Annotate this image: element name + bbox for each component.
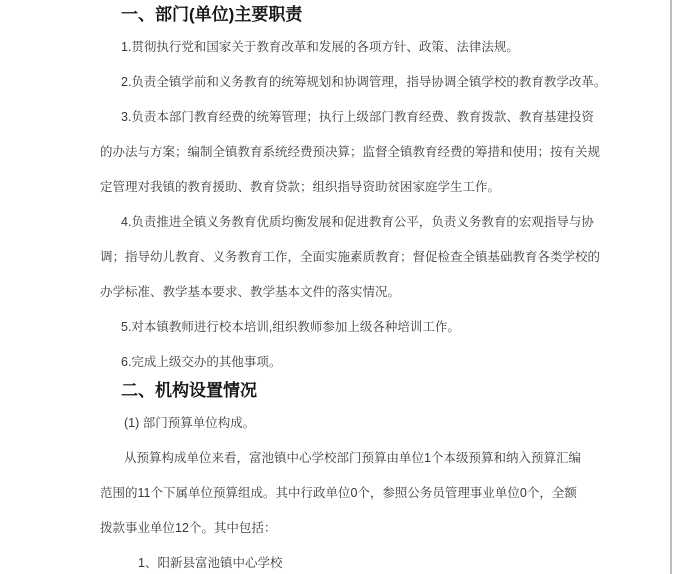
document-page: 一、部门(单位)主要职责 1.贯彻执行党和国家关于教育改革和发展的各项方针、政策… [0, 0, 676, 574]
document-body: 一、部门(单位)主要职责 1.贯彻执行党和国家关于教育改革和发展的各项方针、政策… [100, 0, 580, 574]
duty-item-4-line-3: 办学标准、教学基本要求、教学基本文件的落实情况。 [100, 275, 580, 310]
section-heading-structure: 二、机构设置情况 [100, 380, 580, 406]
duty-item-6: 6.完成上级交办的其他事项。 [100, 345, 580, 380]
duty-item-4-line-2: 调；指导幼儿教育、义务教育工作，全面实施素质教育；督促检查全镇基础教育各类学校的 [100, 240, 580, 275]
section-heading-duties: 一、部门(单位)主要职责 [100, 0, 580, 30]
duty-item-3-line-1: 3.负责本部门教育经费的统筹管理；执行上级部门教育经费、教育拨款、教育基建投资 [100, 100, 580, 135]
duty-item-5: 5.对本镇教师进行校本培训,组织教师参加上级各种培训工作。 [100, 310, 580, 345]
budget-composition-line-2: 范围的11个下属单位预算组成。其中行政单位0个，参照公务员管理事业单位0个，全额 [100, 476, 580, 511]
duty-item-3-line-3: 定管理对我镇的教育援助、教育贷款；组织指导资助贫困家庭学生工作。 [100, 170, 580, 205]
duty-item-1: 1.贯彻执行党和国家关于教育改革和发展的各项方针、政策、法律法规。 [100, 30, 580, 65]
budget-composition-line-1: 从预算构成单位来看，富池镇中心学校部门预算由单位1个本级预算和纳入预算汇编 [100, 441, 580, 476]
structure-subheading-1: (1) 部门预算单位构成。 [100, 406, 580, 441]
duty-item-4-line-1: 4.负责推进全镇义务教育优质均衡发展和促进教育公平，负责义务教育的宏观指导与协 [100, 205, 580, 240]
duty-item-2: 2.负责全镇学前和义务教育的统筹规划和协调管理，指导协调全镇学校的教育教学改革。 [100, 65, 580, 100]
budget-composition-line-3: 拨款事业单位12个。其中包括： [100, 511, 580, 546]
page-right-border [670, 0, 672, 574]
unit-list-item-1: 1、阳新县富池镇中心学校 [100, 546, 580, 574]
duty-item-3-line-2: 的办法与方案；编制全镇教育系统经费预决算；监督全镇教育经费的筹措和使用；按有关规 [100, 135, 580, 170]
